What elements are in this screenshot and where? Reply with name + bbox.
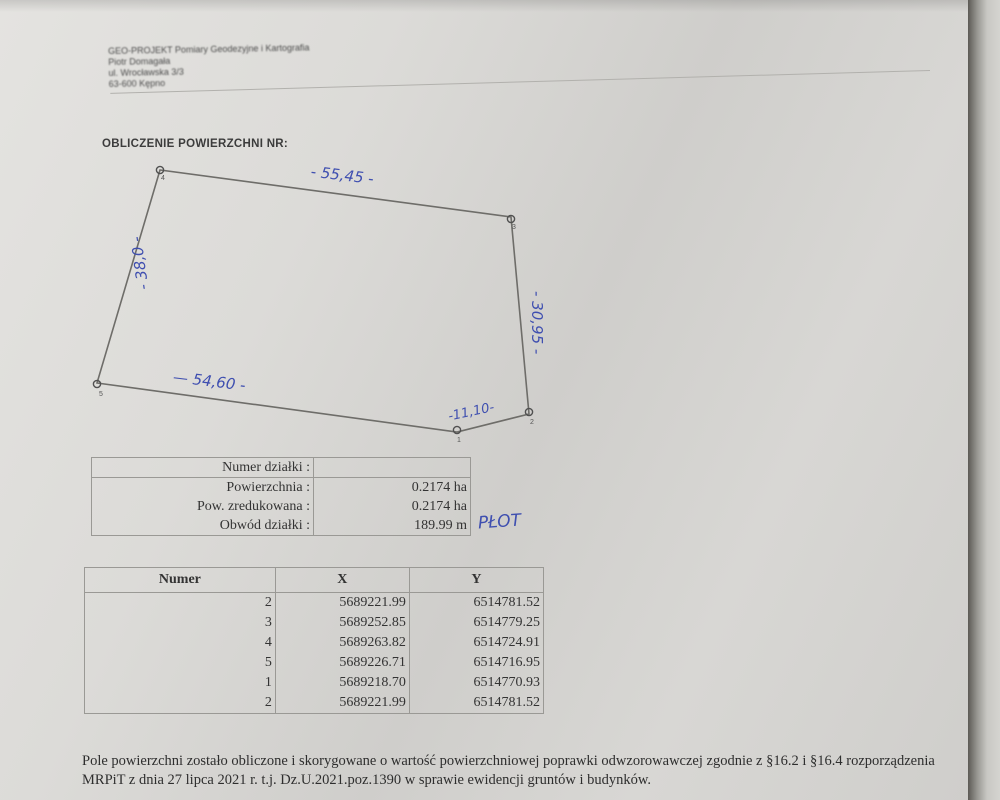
table-row: 25689221.996514781.52 — [85, 593, 544, 614]
info-row: Pow. zredukowana : 0.2174 ha — [92, 497, 471, 516]
coord-x: 5689252.85 — [275, 613, 409, 633]
coord-y: 6514716.95 — [409, 653, 543, 673]
coord-x: 5689263.82 — [275, 633, 409, 653]
info-label: Numer działki : — [92, 458, 314, 478]
point-number: 2 — [85, 593, 276, 614]
vertex-label-4: 4 — [161, 175, 165, 182]
header-y: Y — [409, 568, 543, 593]
table-row: 45689263.826514724.91 — [85, 633, 544, 653]
vertex-label-1: 1 — [457, 437, 461, 444]
coord-x: 5689221.99 — [275, 593, 409, 614]
parcel-outline — [97, 170, 529, 432]
coord-y: 6514770.93 — [409, 673, 543, 693]
point-number: 4 — [85, 633, 276, 653]
table-row: 55689226.716514716.95 — [85, 653, 544, 673]
coord-y: 6514781.52 — [409, 593, 543, 614]
header-numer: Numer — [85, 568, 276, 593]
edge-length-right: - 30,95 - — [528, 291, 546, 354]
coord-y: 6514724.91 — [409, 633, 543, 653]
coordinates-table: Numer X Y 25689221.996514781.5235689252.… — [84, 567, 544, 714]
coords-header-row: Numer X Y — [85, 568, 544, 593]
vertex-label-5: 5 — [99, 391, 103, 398]
info-label: Obwód działki : — [92, 516, 314, 536]
point-number: 1 — [85, 673, 276, 693]
info-row: Obwód działki : 189.99 m — [92, 516, 471, 536]
point-number: 3 — [85, 613, 276, 633]
coord-y: 6514781.52 — [409, 693, 543, 714]
table-row: 35689252.856514779.25 — [85, 613, 544, 633]
info-value: 0.2174 ha — [314, 478, 471, 498]
info-value — [314, 458, 471, 478]
table-row: 25689221.996514781.52 — [85, 693, 544, 714]
edge-length-bottom: — 54,60 - — [172, 368, 247, 395]
coord-x: 5689218.70 — [275, 673, 409, 693]
handwritten-fence-note: PŁOT — [477, 511, 521, 534]
table-row: 15689218.706514770.93 — [85, 673, 544, 693]
edge-length-top: - 55,45 - — [310, 162, 375, 188]
edge-length-bottom-right: -11,10- — [447, 400, 496, 424]
info-row: Numer działki : — [92, 458, 471, 478]
coord-y: 6514779.25 — [409, 613, 543, 633]
parcel-info-table: Numer działki : Powierzchnia : 0.2174 ha… — [91, 457, 471, 536]
info-row: Powierzchnia : 0.2174 ha — [92, 478, 471, 498]
vertex-label-2: 2 — [530, 419, 534, 426]
info-value: 0.2174 ha — [314, 497, 471, 516]
vertex-label-3: 3 — [512, 224, 516, 231]
legal-footnote: Pole powierzchni zostało obliczone i sko… — [82, 752, 962, 790]
header-x: X — [275, 568, 409, 593]
point-number: 5 — [85, 653, 276, 673]
info-label: Powierzchnia : — [92, 478, 314, 498]
info-value: 189.99 m — [314, 516, 471, 536]
coord-x: 5689221.99 — [275, 693, 409, 714]
point-number: 2 — [85, 693, 276, 714]
info-label: Pow. zredukowana : — [92, 497, 314, 516]
coord-x: 5689226.71 — [275, 653, 409, 673]
edge-length-left: - 38,0 - — [127, 235, 152, 291]
